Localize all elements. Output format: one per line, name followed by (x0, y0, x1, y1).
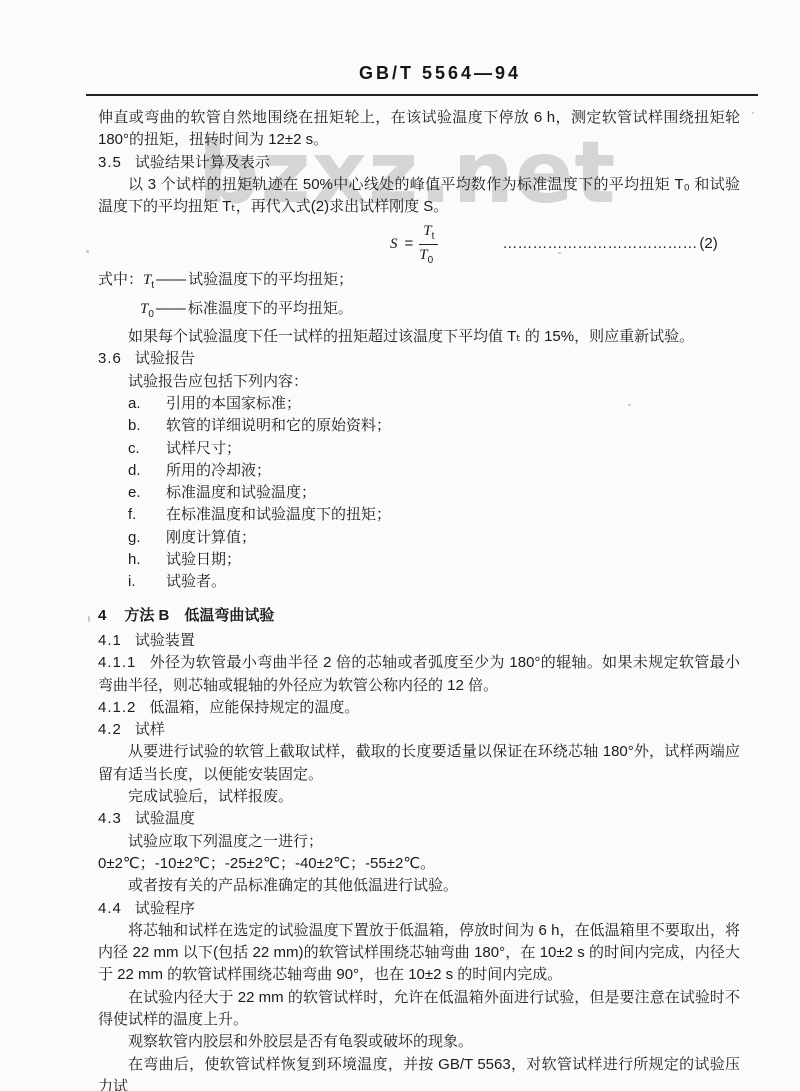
clause-4-4-p2: 在试验内径大于 22 mm 的软管试样时，允许在低温箱外面进行试验，但是要注意在… (98, 987, 740, 1032)
list-item: a.引用的本国家标准； (128, 393, 740, 415)
header-rule (86, 94, 758, 96)
scan-speck (88, 616, 90, 622)
legend-definition: 标准温度下的平均扭矩。 (188, 300, 353, 317)
clause-title: 试验温度 (135, 810, 195, 827)
clause-3-5-heading: 3.5试验结果计算及表示 (98, 152, 740, 174)
item-letter: i. (128, 571, 166, 593)
clause-text: 外径为软管最小弯曲半径 2 倍的芯轴或者弧度至少为 180°的辊轴。如果未规定软… (98, 654, 740, 693)
list-item: f.在标准温度和试验温度下的扭矩； (128, 504, 740, 526)
clause-4-4-p4: 在弯曲后，使软管试样恢复到环境温度，并按 GB/T 5563，对软管试样进行所规… (98, 1054, 740, 1091)
clause-number: 4.4 (98, 898, 122, 920)
scan-speck (752, 112, 754, 114)
item-text: 所用的冷却液； (166, 460, 271, 482)
item-text: 试验日期； (166, 549, 241, 571)
clause-number: 4.3 (98, 808, 122, 830)
chapter-number: 4 (98, 605, 106, 627)
clause-4-3-heading: 4.3试验温度 (98, 808, 740, 830)
scanned-standard-page: bzxz.net GB/T 5564—94 伸直或弯曲的软管自然地围绕在扭矩轮上… (0, 0, 800, 1091)
clause-3-6-intro: 试验报告应包括下列内容： (98, 371, 740, 393)
item-letter: f. (128, 504, 166, 526)
clause-number: 4.1 (98, 630, 122, 652)
legend-dash: —— (156, 300, 186, 317)
formula-lhs: S= (390, 233, 419, 255)
clause-number: 3.5 (98, 152, 122, 174)
report-items-list: a.引用的本国家标准； b.软管的详细说明和它的原始资料； c.试样尺寸； d.… (98, 393, 740, 594)
item-text: 在标准温度和试验温度下的扭矩； (166, 504, 391, 526)
temperature-list: 0±2℃；-10±2℃；-25±2℃；-40±2℃；-55±2℃。 (98, 853, 740, 875)
item-text: 软管的详细说明和它的原始资料； (166, 415, 391, 437)
clause-4-3-p1: 试验应取下列温度之一进行； (98, 831, 740, 853)
item-letter: g. (128, 527, 166, 549)
document-header: GB/T 5564—94 (80, 63, 800, 84)
clause-number: 4.1.2 (98, 699, 136, 716)
clause-4-1-2: 4.1.2低温箱，应能保持规定的温度。 (98, 697, 740, 719)
item-letter: h. (128, 549, 166, 571)
list-item: h.试验日期； (128, 549, 740, 571)
list-item: b.软管的详细说明和它的原始资料； (128, 415, 740, 437)
clause-number: 4.1.1 (98, 654, 136, 671)
scan-speck (86, 250, 89, 253)
item-text: 试样尺寸； (166, 438, 241, 460)
legend-definition: 试验温度下的平均扭矩； (188, 271, 353, 288)
clause-title: 试验程序 (135, 900, 195, 917)
legend-line: 式中：Tt——试验温度下的平均扭矩； (98, 269, 740, 297)
clause-4-4-heading: 4.4试验程序 (98, 898, 740, 920)
item-letter: b. (128, 415, 166, 437)
clause-title: 试验装置 (135, 632, 195, 649)
clause-4-1-heading: 4.1试验装置 (98, 630, 740, 652)
list-item: i.试验者。 (128, 571, 740, 593)
clause-4-4-p3: 观察软管内胶层和外胶层是否有龟裂或破坏的现象。 (98, 1031, 740, 1053)
formula-dot-leader: ………………………………… (502, 233, 697, 255)
list-item: g.刚度计算值； (128, 527, 740, 549)
standard-number: GB/T 5564—94 (359, 63, 521, 83)
clause-4-2-p2: 完成试验后，试样报废。 (98, 786, 740, 808)
list-item: c.试样尺寸； (128, 438, 740, 460)
formula-equation-number: (2) (699, 233, 717, 255)
paragraph-continuation: 伸直或弯曲的软管自然地围绕在扭矩轮上，在该试验温度下停放 6 h，测定软管试样围… (98, 107, 740, 152)
clause-title: 试样 (135, 721, 165, 738)
clause-number: 3.6 (98, 348, 122, 370)
chapter-4-heading: 4方法 B 低温弯曲试验 (98, 605, 740, 627)
item-text: 标准温度和试验温度； (166, 482, 316, 504)
equals-sign: = (405, 235, 414, 252)
fraction-numerator: Tt (419, 222, 438, 245)
legend-prefix: 式中： (98, 271, 143, 288)
item-text: 刚度计算值； (166, 527, 256, 549)
legend-dash: —— (156, 271, 186, 288)
chapter-title: 方法 B 低温弯曲试验 (124, 607, 274, 624)
list-item: e.标准温度和试验温度； (128, 482, 740, 504)
clause-number: 4.2 (98, 719, 122, 741)
clause-4-3-p3: 或者按有关的产品标准确定的其他低温进行试验。 (98, 875, 740, 897)
item-letter: c. (128, 438, 166, 460)
clause-4-1-1: 4.1.1外径为软管最小弯曲半径 2 倍的芯轴或者弧度至少为 180°的辊轴。如… (98, 652, 740, 697)
fraction-denominator: T0 (419, 245, 438, 267)
item-letter: d. (128, 460, 166, 482)
item-letter: a. (128, 393, 166, 415)
clause-text: 低温箱，应能保持规定的温度。 (149, 699, 359, 716)
formula-fraction: Tt T0 (419, 222, 438, 267)
clause-4-2-p1: 从要进行试验的软管上截取试样，截取的长度要适量以保证在环绕芯轴 180°外，试样… (98, 741, 740, 786)
clause-4-2-heading: 4.2试样 (98, 719, 740, 741)
clause-title: 试验结果计算及表示 (135, 154, 270, 171)
clause-4-4-p1: 将芯轴和试样在选定的试验温度下置放于低温箱，停放时间为 6 h，在低温箱里不要取… (98, 920, 740, 987)
item-letter: e. (128, 482, 166, 504)
item-text: 试验者。 (166, 571, 226, 593)
clause-3-6-heading: 3.6试验报告 (98, 348, 740, 370)
legend-line: T0——标准温度下的平均扭矩。 (140, 298, 740, 326)
formula-legend: 式中：Tt——试验温度下的平均扭矩； T0——标准温度下的平均扭矩。 (98, 269, 740, 326)
item-text: 引用的本国家标准； (166, 393, 301, 415)
document-body: 伸直或弯曲的软管自然地围绕在扭矩轮上，在该试验温度下停放 6 h，测定软管试样围… (98, 107, 740, 1091)
clause-title: 试验报告 (135, 350, 195, 367)
clause-3-5-note: 如果每个试验温度下任一试样的扭矩超过该温度下平均值 Tₜ 的 15%，则应重新试… (98, 326, 740, 348)
list-item: d.所用的冷却液； (128, 460, 740, 482)
formula-2: S= Tt T0 ………………………………… (2) (98, 221, 740, 267)
clause-3-5-body: 以 3 个试样的扭矩轨迹在 50%中心线处的峰值平均数作为标准温度下的平均扭矩 … (98, 174, 740, 219)
